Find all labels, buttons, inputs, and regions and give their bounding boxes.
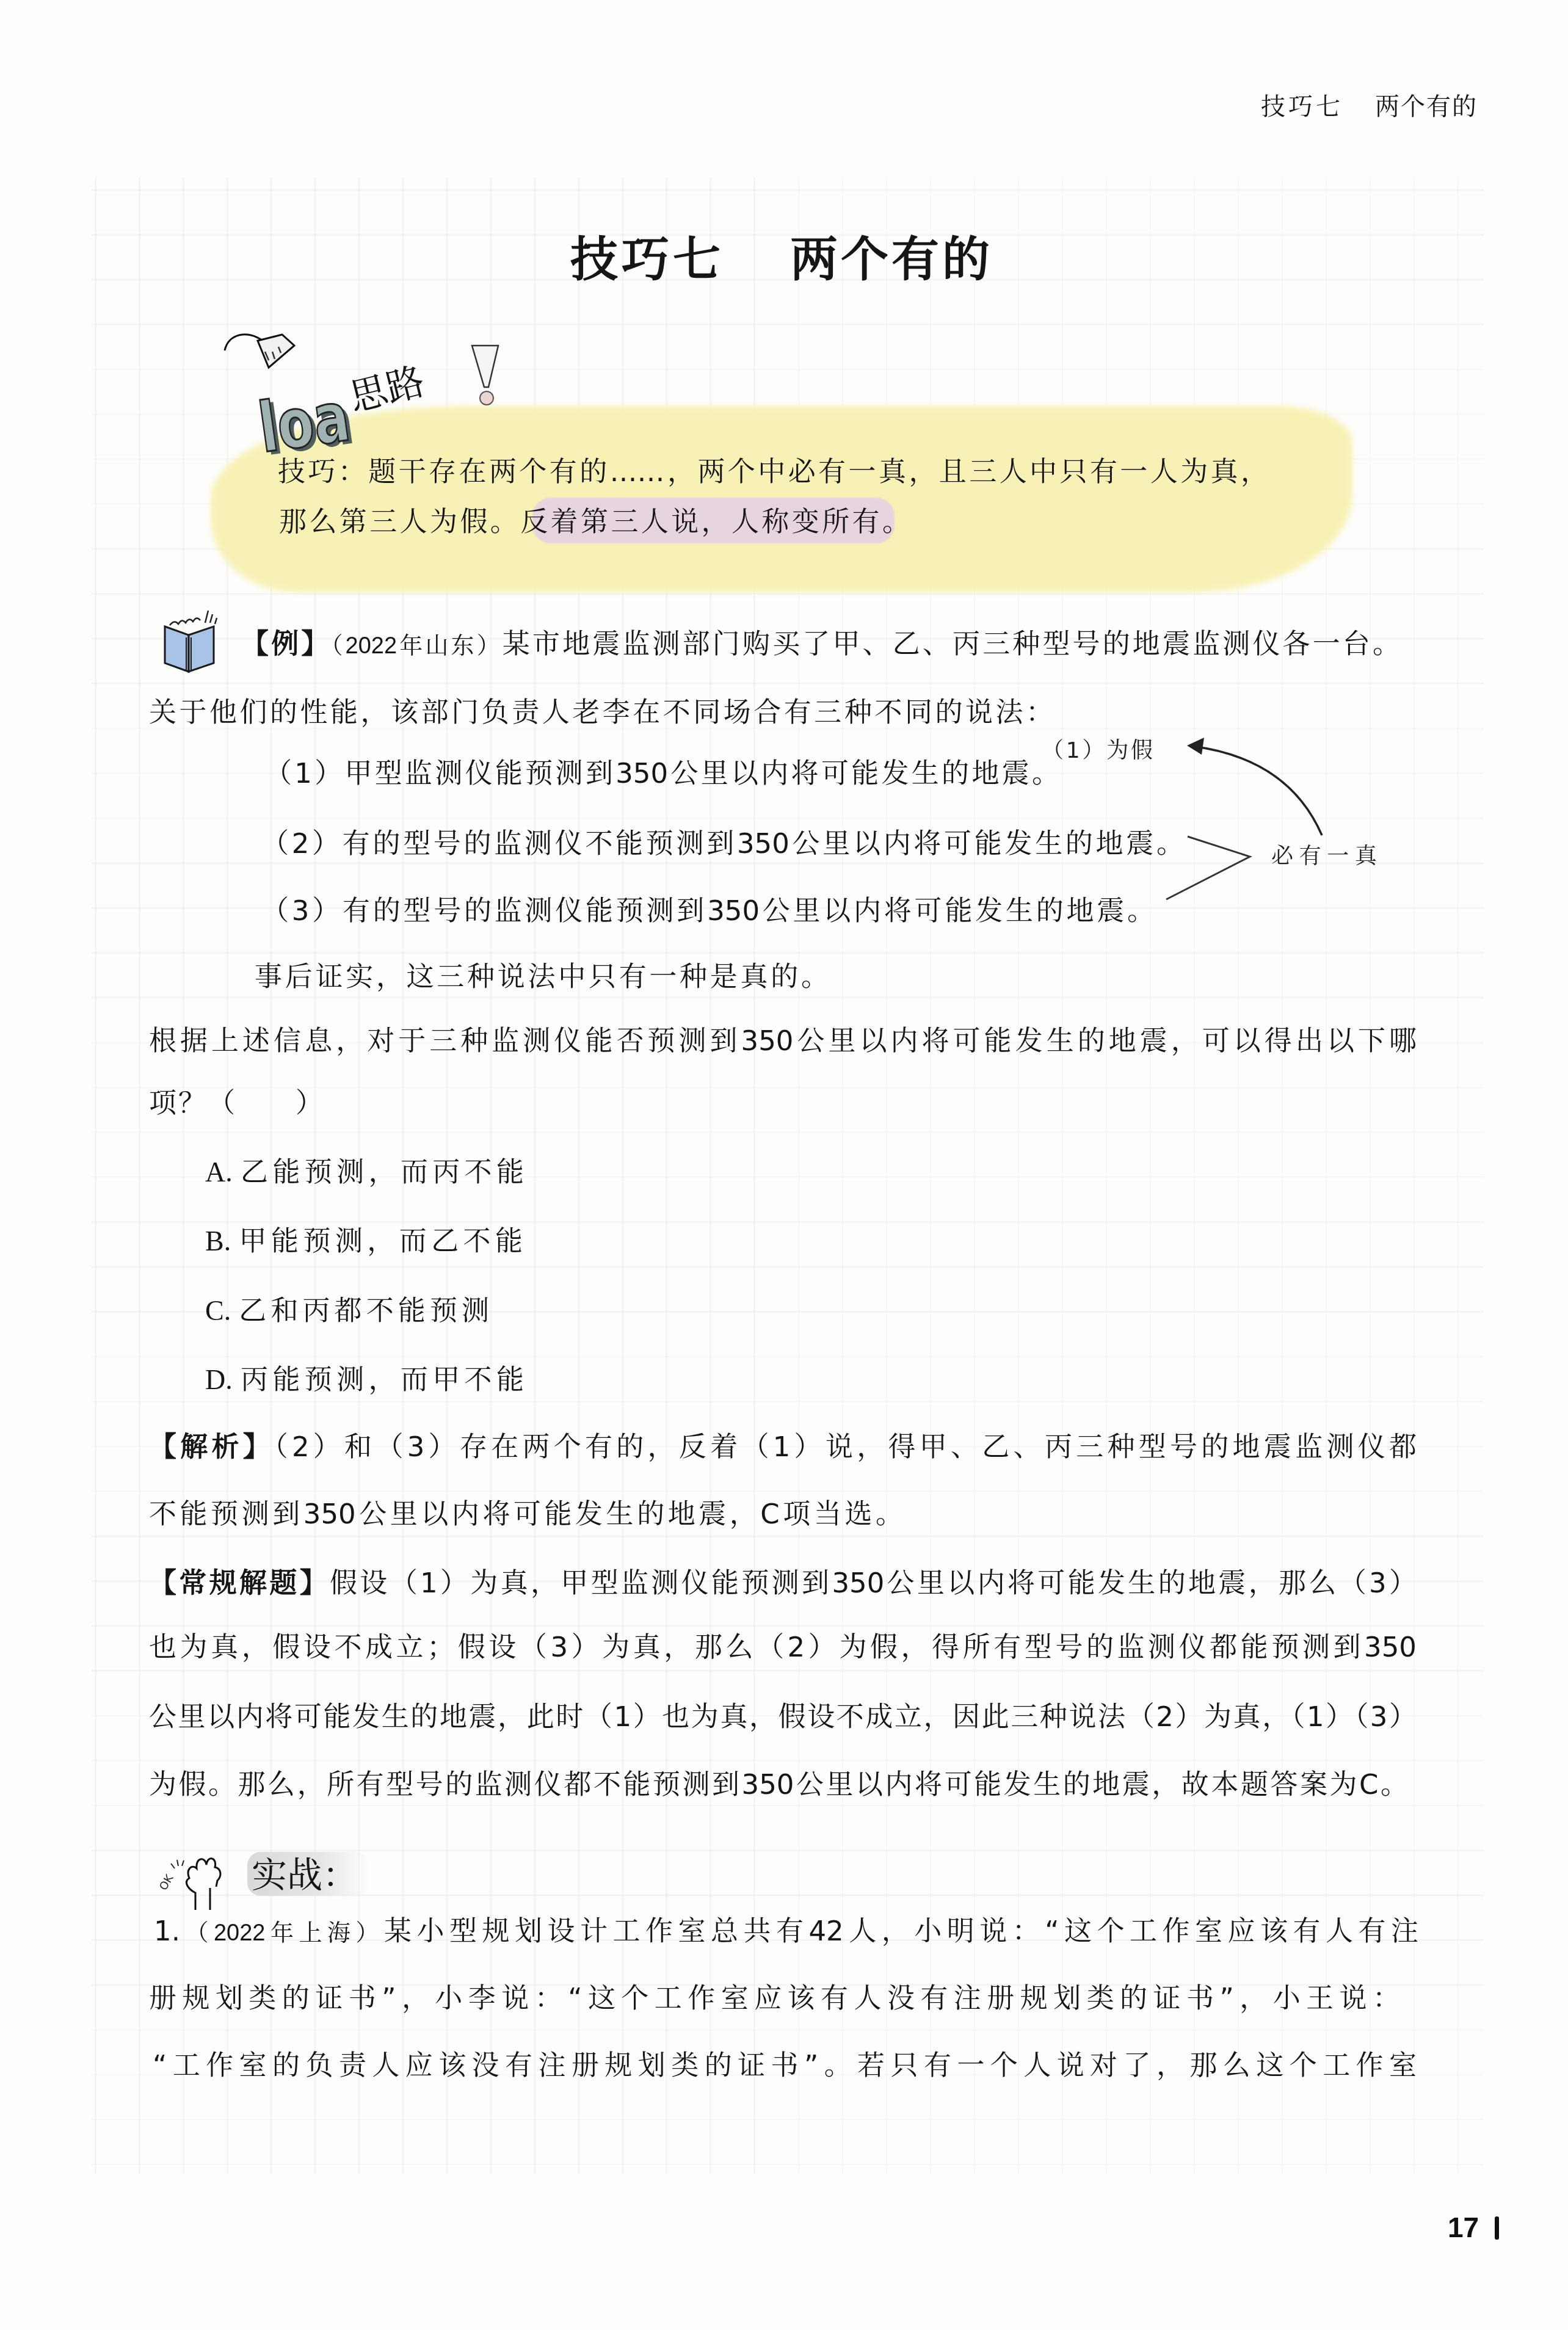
hanging-sign-icon [220, 328, 299, 372]
svg-text:OK: OK [158, 1872, 176, 1893]
practice-label: 实战： [252, 1855, 358, 1895]
practice-question-1-line-3: “工作室的负责人应该没有注册规划类的证书”。若只有一个人说对了，那么这个工作室 [153, 2047, 1417, 2084]
statement-3: （3）有的型号的监测仪能预测到350公里以内将可能发生的地震。 [261, 893, 1155, 929]
annotation-false-note: （1）为假 [1042, 738, 1153, 764]
tip-line-2-end: 。 [882, 506, 910, 538]
question-line-2: 项？（ ） [149, 1085, 325, 1122]
running-header-chapter: 技巧七 [1261, 92, 1340, 122]
example-stem-line-2: 关于他们的性能，该部门负责人老李在不同场合有三种不同的说法： [149, 694, 1053, 731]
regular-solution-label: 【常规解题】 [149, 1567, 330, 1599]
tip-line-2-plain: 那么第三人为假。 [279, 506, 520, 538]
option-b: B.甲能预测，而乙不能 [205, 1223, 523, 1260]
regular-solution-line-1: 【常规解题】假设（1）为真，甲型监测仪能预测到350公里以内将可能发生的地震，那… [149, 1565, 1417, 1602]
analysis-label: 【解析】 [149, 1431, 274, 1463]
tip-line-2: 那么第三人为假。反着第三人说，人称变所有。 [279, 504, 910, 540]
option-letter: C. [205, 1295, 231, 1326]
analysis-line-1: 【解析】（2）和（3）存在两个有的，反着（1）说，得甲、乙、丙三种型号的地震监测… [149, 1429, 1417, 1465]
option-a: A.乙能预测，而丙不能 [205, 1154, 524, 1191]
regular-solution-line-4: 为假。那么，所有型号的监测仪都不能预测到350公里以内将可能发生的地震，故本题答… [149, 1766, 1408, 1803]
option-c: C.乙和丙都不能预测 [205, 1293, 489, 1329]
option-text: 乙和丙都不能预测 [234, 1294, 489, 1327]
ok-hand-icon: OK [158, 1850, 240, 1911]
option-letter: A. [205, 1156, 233, 1188]
example-source: （2022年山东） [331, 633, 502, 659]
tip-line-2-highlight: 反着第三人说，人称变所有 [520, 506, 882, 538]
regular-solution-line-3: 公里以内将可能发生的地震，此时（1）也为真，假设不成立，因此三种说法（2）为真，… [149, 1699, 1417, 1735]
option-letter: B. [205, 1225, 231, 1257]
option-text: 丙能预测，而甲不能 [236, 1363, 524, 1396]
option-text: 乙能预测，而丙不能 [236, 1156, 524, 1188]
option-letter: D. [205, 1364, 233, 1395]
fact-statement: 事后证实，这三种说法中只有一种是真的。 [255, 959, 829, 995]
regular-solution-line-2: 也为真，假设不成立；假设（3）为真，那么（2）为假，得所有型号的监测仪都能预测到… [149, 1629, 1417, 1666]
page-number-separator [1495, 2216, 1499, 2240]
regular-solution-text: 假设（1）为真，甲型监测仪能预测到350公里以内将可能发生的地震，那么（3） [330, 1567, 1417, 1599]
running-header-topic: 两个有的 [1375, 92, 1476, 122]
practice-question-1-line-1: 1.（2022年上海）某小型规划设计工作室总共有42人，小明说：“这个工作室应该… [154, 1913, 1418, 1950]
page-number: 17 [1448, 2212, 1479, 2243]
page-title-chapter: 技巧七 [570, 234, 720, 286]
question-number: 1. [154, 1915, 180, 1947]
question-line-1: 根据上述信息，对于三种监测仪能否预测到350公里以内将可能发生的地震，可以得出以… [149, 1023, 1417, 1059]
exclamation-icon [469, 342, 503, 410]
book-icon [159, 609, 222, 675]
question-text: 某小型规划设计工作室总共有42人，小明说：“这个工作室应该有人有注 [384, 1915, 1418, 1947]
question-source: （2022年上海） [180, 1920, 384, 1946]
statement-2: （2）有的型号的监测仪不能预测到350公里以内将可能发生的地震。 [261, 826, 1184, 862]
analysis-line-2: 不能预测到350公里以内将可能发生的地震，C项当选。 [149, 1496, 903, 1533]
example-label: 【例】 [241, 628, 331, 660]
analysis-text: （2）和（3）存在两个有的，反着（1）说，得甲、乙、丙三种型号的地震监测仪都 [274, 1431, 1417, 1463]
practice-question-1-line-2: 册规划类的证书”，小李说：“这个工作室应该有人没有注册规划类的证书”，小王说： [149, 1980, 1400, 2017]
statement-1: （1）甲型监测仪能预测到350公里以内将可能发生的地震。 [264, 755, 1059, 792]
svg-text:loa: loa [254, 380, 355, 456]
option-d: D.丙能预测，而甲不能 [205, 1362, 524, 1398]
page-title-topic: 两个有的 [790, 234, 990, 286]
example-stem-text: 某市地震监测部门购买了甲、乙、丙三种型号的地震监测仪各一台。 [503, 628, 1400, 660]
loa-logo-icon: loa loa [253, 380, 357, 456]
example-stem-line-1: 【例】（2022年山东）某市地震监测部门购买了甲、乙、丙三种型号的地震监测仪各一… [241, 626, 1400, 662]
option-text: 甲能预测，而乙不能 [234, 1225, 523, 1257]
tip-line-1: 技巧：题干存在两个有的……，两个中必有一真，且三人中只有一人为真， [278, 454, 1268, 490]
annotation-arrow-icon [1148, 727, 1404, 922]
